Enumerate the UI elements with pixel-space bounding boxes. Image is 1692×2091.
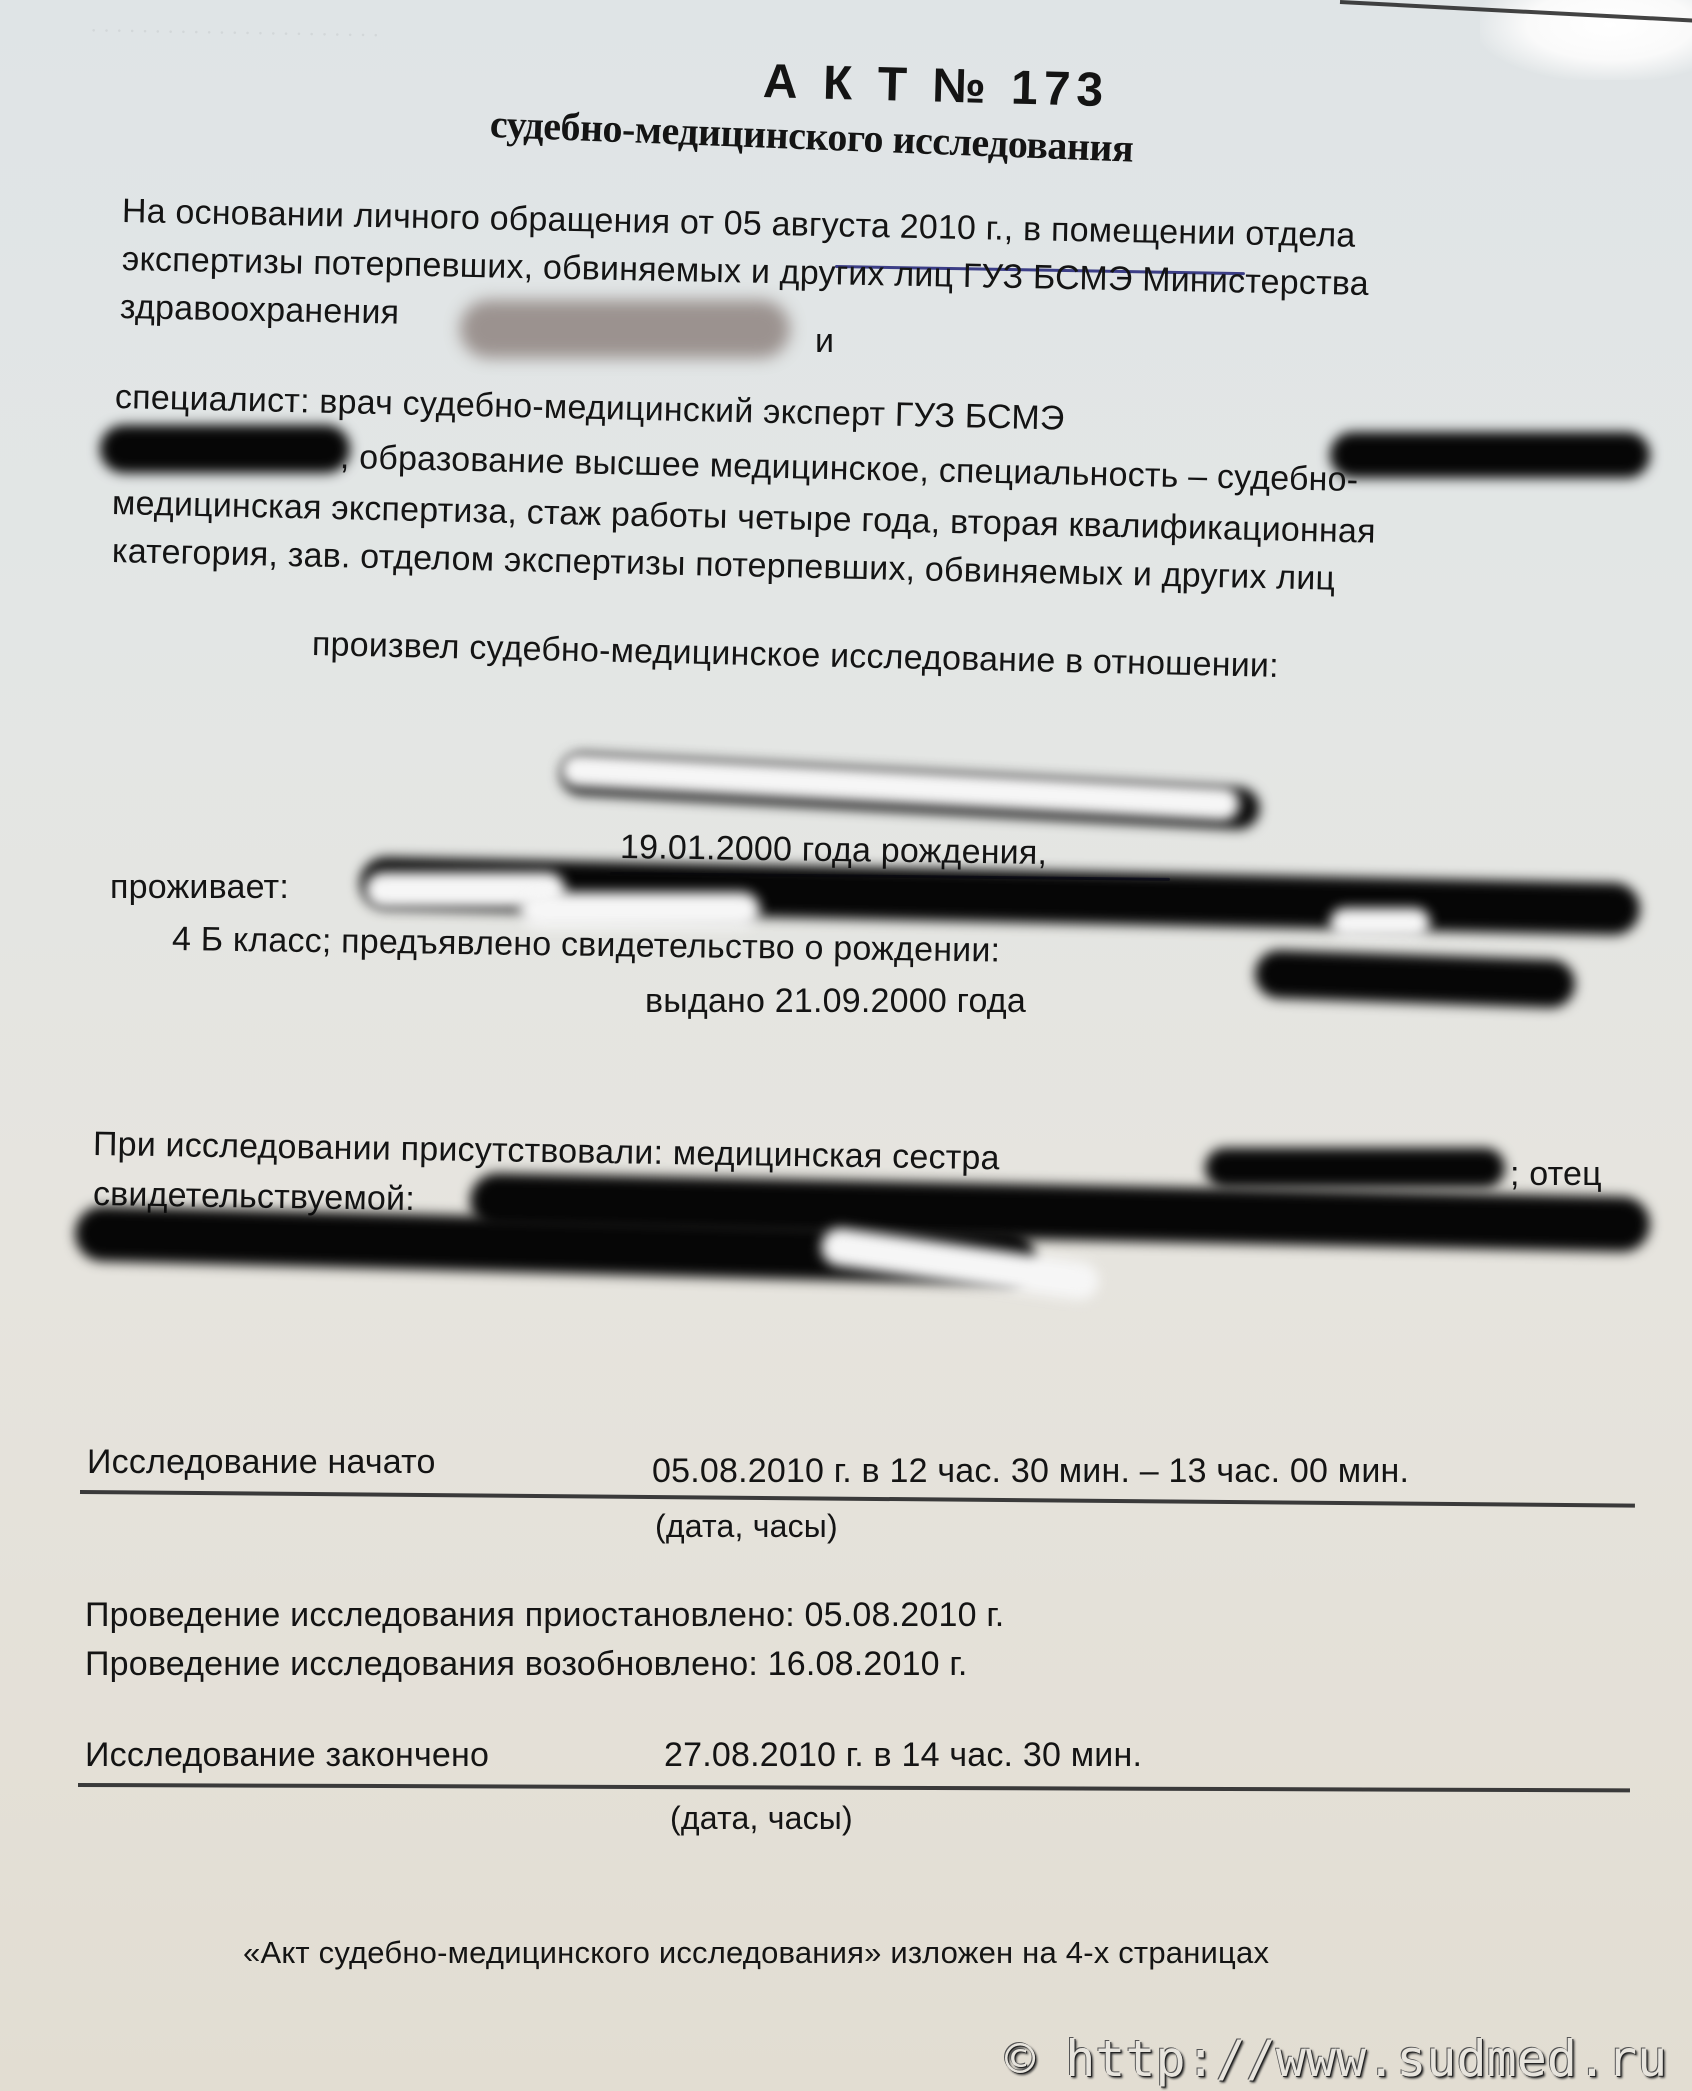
performed-line: произвел судебно-медицинское исследовани… — [312, 625, 1280, 686]
pages-note: «Акт судебно-медицинского исследования» … — [243, 1935, 1269, 1971]
whiteout-address — [520, 892, 760, 928]
finished-label: Исследование закончено — [85, 1736, 489, 1775]
class-line: 4 Б класс; предъявлено свидетельство о р… — [172, 920, 1001, 971]
started-caption: (дата, часы) — [655, 1508, 838, 1545]
intro-tail: и — [815, 322, 834, 361]
redacted-certificate-number — [1254, 949, 1575, 1008]
watermark: © http://www.sudmed.ru — [1005, 2030, 1667, 2088]
finished-caption: (дата, часы) — [670, 1800, 853, 1837]
present-text: При исследовании присутствовали: медицин… — [93, 1125, 1000, 1178]
signature-rule — [80, 1490, 1635, 1508]
intro-line-3: здравоохранения — [120, 288, 400, 333]
whiteout-address — [1330, 908, 1430, 938]
started-label: Исследование начато — [87, 1443, 436, 1482]
finished-value: 27.08.2010 г. в 14 час. 30 мин. — [664, 1736, 1142, 1775]
document-title: А К Т № 173 — [762, 54, 1110, 118]
issued-line: выдано 21.09.2000 года — [645, 982, 1026, 1021]
document-page: · · · · · · · · · · · · · · · · · · · · … — [0, 0, 1692, 2091]
redacted-name — [1330, 432, 1650, 478]
redacted-nurse-name — [1205, 1148, 1505, 1188]
redacted-name — [100, 425, 350, 473]
redaction-region — [460, 300, 790, 358]
present-father: ; отец — [1510, 1155, 1602, 1194]
bleed-through-text: · · · · · · · · · · · · · · · · · · · · … — [90, 17, 380, 48]
signature-rule — [78, 1783, 1630, 1792]
specialist-line-2: , образование высшее медицинское, специа… — [340, 438, 1359, 500]
resumed-line: Проведение исследования возобновлено: 16… — [85, 1645, 968, 1684]
started-value: 05.08.2010 г. в 12 час. 30 мин. – 13 час… — [652, 1452, 1409, 1491]
suspended-line: Проведение исследования приостановлено: … — [85, 1596, 1004, 1635]
resides-label: проживает: — [110, 868, 289, 907]
